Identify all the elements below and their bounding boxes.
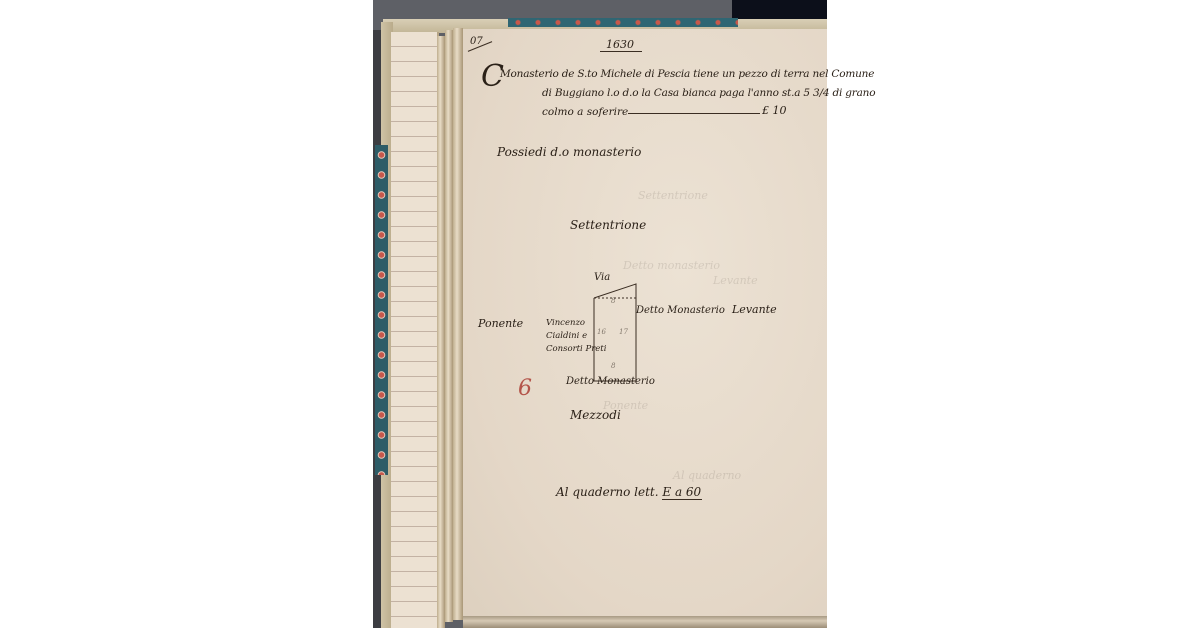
plot-measure-top: 8 <box>611 297 615 305</box>
plot-measure-left: 16 <box>597 328 606 336</box>
plot-measure-right: 17 <box>619 328 628 336</box>
plot-diagram <box>0 0 1200 628</box>
red-pencil-mark: 6 <box>518 376 532 401</box>
plot-measure-bottom: 8 <box>611 362 615 370</box>
plot-left-label-1: Vincenzo <box>546 318 585 328</box>
plot-right-label: Detto Monasterio <box>636 305 725 316</box>
plot-bottom-label: Detto Monasterio <box>566 376 655 387</box>
plot-top-label: Via <box>594 272 610 283</box>
footer-note: Al quaderno lett. E a 60 <box>556 485 701 499</box>
plot-left-label-2: Cialdini e <box>546 331 587 341</box>
footer-underline <box>662 499 702 500</box>
plot-left-label-3: Consorti Preti <box>546 344 606 354</box>
